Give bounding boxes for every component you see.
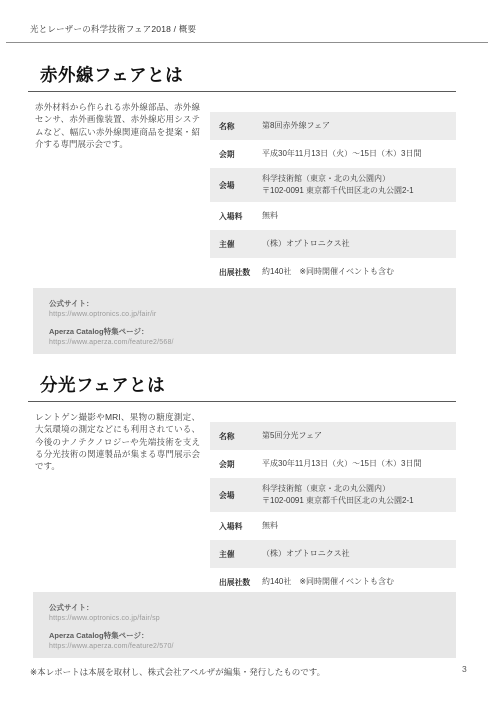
section-description: 赤外材料から作られる赤外線部品、赤外線センサ、赤外画像装置、赤外線応用システムな… <box>35 101 200 150</box>
table-row: 主催 （株）オプトロニクス社 <box>210 540 456 568</box>
row-label: 出展社数 <box>210 267 262 278</box>
table-row: 会場 科学技術館（東京・北の丸公園内） 〒102-0091 東京都千代田区北の丸… <box>210 168 456 202</box>
fair-info-table: 名称 第5回分光フェア 会期 平成30年11月13日（火）～15日（木）3日間 … <box>210 422 456 596</box>
page-number: 3 <box>462 664 467 674</box>
table-row: 会期 平成30年11月13日（火）～15日（木）3日間 <box>210 140 456 168</box>
row-label: 主催 <box>210 239 262 250</box>
page-header-title: 光とレーザーの科学技術フェア2018 / 概要 <box>30 23 196 35</box>
catalog-page-label: Aperza Catalog特集ページ： <box>49 326 456 337</box>
table-row: 出展社数 約140社 ※同時開催イベントも含む <box>210 258 456 286</box>
header-divider <box>6 42 488 43</box>
table-row: 入場料 無料 <box>210 512 456 540</box>
row-value: 科学技術館（東京・北の丸公園内） 〒102-0091 東京都千代田区北の丸公園2… <box>262 483 456 507</box>
row-label: 出展社数 <box>210 577 262 588</box>
fair-info-table: 名称 第8回赤外線フェア 会期 平成30年11月13日（火）～15日（木）3日間… <box>210 112 456 286</box>
row-label: 名称 <box>210 121 262 132</box>
row-value: 科学技術館（東京・北の丸公園内） 〒102-0091 東京都千代田区北の丸公園2… <box>262 173 456 197</box>
section-title: 赤外線フェアとは <box>40 62 183 87</box>
row-label: 会期 <box>210 149 262 160</box>
official-site-url: https://www.optronics.co.jp/fair/ir <box>49 311 456 318</box>
row-label: 会期 <box>210 459 262 470</box>
section-divider <box>28 91 456 92</box>
catalog-page-url: https://www.aperza.com/feature2/570/ <box>49 643 456 650</box>
row-value: 第5回分光フェア <box>262 430 456 442</box>
row-value: 平成30年11月13日（火）～15日（木）3日間 <box>262 458 456 470</box>
table-row: 会期 平成30年11月13日（火）～15日（木）3日間 <box>210 450 456 478</box>
row-value: 平成30年11月13日（火）～15日（木）3日間 <box>262 148 456 160</box>
row-label: 主催 <box>210 549 262 560</box>
row-label: 名称 <box>210 431 262 442</box>
row-value: 無料 <box>262 520 456 532</box>
official-site-label: 公式サイト： <box>49 602 456 613</box>
row-value: 無料 <box>262 210 456 222</box>
row-label: 入場料 <box>210 521 262 532</box>
official-site-url: https://www.optronics.co.jp/fair/sp <box>49 615 456 622</box>
links-info-box: 公式サイト： https://www.optronics.co.jp/fair/… <box>33 288 456 354</box>
section-title: 分光フェアとは <box>40 372 165 397</box>
row-value: （株）オプトロニクス社 <box>262 548 456 560</box>
table-row: 名称 第5回分光フェア <box>210 422 456 450</box>
footer-note: ※本レポートは本展を取材し、株式会社アペルザが編集・発行したものです。 <box>30 666 325 678</box>
row-value: 第8回赤外線フェア <box>262 120 456 132</box>
table-row: 主催 （株）オプトロニクス社 <box>210 230 456 258</box>
row-label: 会場 <box>210 490 262 501</box>
table-row: 会場 科学技術館（東京・北の丸公園内） 〒102-0091 東京都千代田区北の丸… <box>210 478 456 512</box>
section-divider <box>28 401 456 402</box>
official-site-label: 公式サイト： <box>49 298 456 309</box>
catalog-page-label: Aperza Catalog特集ページ： <box>49 630 456 641</box>
table-row: 名称 第8回赤外線フェア <box>210 112 456 140</box>
links-info-box: 公式サイト： https://www.optronics.co.jp/fair/… <box>33 592 456 658</box>
row-value: （株）オプトロニクス社 <box>262 238 456 250</box>
row-value: 約140社 ※同時開催イベントも含む <box>262 576 456 588</box>
table-row: 入場料 無料 <box>210 202 456 230</box>
catalog-page-url: https://www.aperza.com/feature2/568/ <box>49 339 456 346</box>
section-description: レントゲン撮影やMRI、果物の糖度測定、大気環境の測定などにも利用されている、今… <box>35 411 200 472</box>
row-label: 入場料 <box>210 211 262 222</box>
row-value: 約140社 ※同時開催イベントも含む <box>262 266 456 278</box>
row-label: 会場 <box>210 180 262 191</box>
